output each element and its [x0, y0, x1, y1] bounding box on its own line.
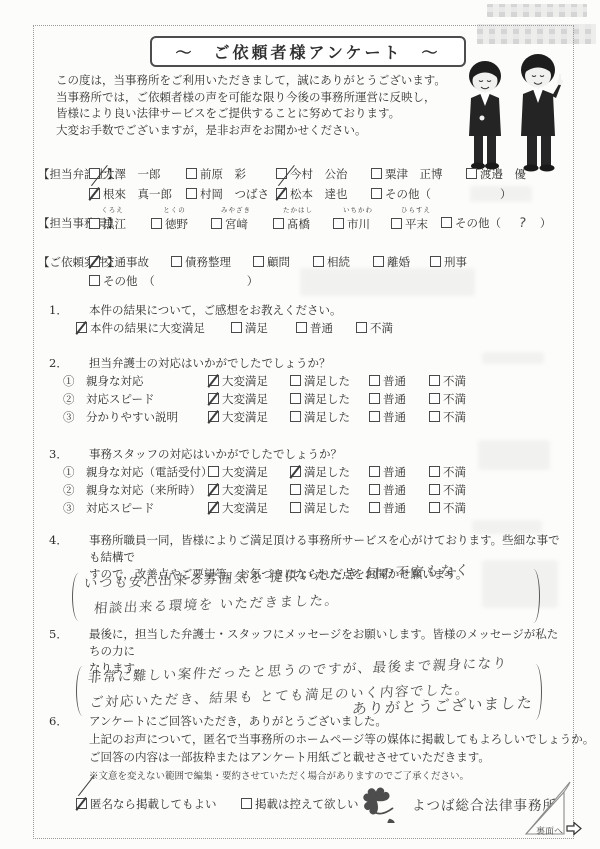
rating-option[interactable]: 大変満足 — [208, 409, 268, 425]
checkbox[interactable] — [76, 798, 87, 809]
checkbox[interactable] — [211, 218, 222, 229]
checkbox[interactable] — [231, 322, 242, 333]
case-option[interactable]: 顧問 — [253, 254, 290, 270]
question-number: 5． — [49, 626, 68, 642]
case-option[interactable]: 相続 — [313, 254, 350, 270]
checkbox[interactable] — [429, 466, 440, 477]
back-side-label: 裏面へ — [536, 824, 563, 837]
attorney-option[interactable]: 松本 達也 — [276, 186, 348, 202]
checkbox[interactable] — [290, 502, 301, 513]
publish-option[interactable]: 掲載は控えて欲しい — [241, 796, 359, 812]
rating-option[interactable]: 普通 — [369, 373, 406, 389]
attorney-option[interactable]: 根來 真一郎 — [89, 186, 172, 202]
clerk-other-option[interactable]: その他（?） — [441, 215, 551, 231]
checkbox[interactable] — [369, 411, 380, 422]
intro-line: この度は，当事務所をご利用いただきまして，誠にありがとうございます。 — [56, 72, 466, 89]
checkbox[interactable] — [429, 411, 440, 422]
question-number: 6． — [49, 713, 68, 729]
checkbox[interactable] — [273, 218, 284, 229]
checkbox[interactable] — [371, 188, 382, 199]
checkbox[interactable] — [369, 502, 380, 513]
publish-option[interactable]: 匿名なら掲載してもよい — [76, 796, 217, 812]
checkbox[interactable] — [369, 466, 380, 477]
question-text: 事務スタッフの対応はいかがでしたでしょうか？ — [89, 446, 342, 462]
question-number: 1． — [49, 302, 68, 318]
handwritten-bracket — [76, 666, 88, 716]
checkbox[interactable] — [241, 798, 252, 809]
checkbox[interactable] — [333, 218, 344, 229]
clerk-option[interactable]: とくの徳野 — [151, 207, 188, 232]
checkbox[interactable] — [296, 322, 307, 333]
rating-option[interactable]: 普通 — [296, 320, 333, 336]
checkbox[interactable] — [151, 218, 162, 229]
handwritten-bracket — [528, 569, 540, 623]
question-text: ご回答の内容は一部抜粋またはアンケート用紙ごと載せさせていただきます。 — [89, 749, 490, 765]
question-text: 上記のお声について，匿名で当事務所のホームページ等の媒体に掲載してもよろしいでし… — [89, 731, 594, 747]
redacted-area — [487, 4, 587, 17]
checkbox[interactable] — [313, 256, 324, 267]
rating-option[interactable]: 満足 — [231, 320, 268, 336]
rating-option[interactable]: 普通 — [369, 500, 406, 516]
rating-option[interactable]: 大変満足 — [208, 391, 268, 407]
page-title: ～ ご依頼者様アンケート ～ — [150, 36, 466, 67]
attorney-option[interactable]: その他（ ） — [371, 186, 512, 202]
handwritten-answer: 相談出来る環境を いただきました。 — [93, 588, 340, 617]
checkbox[interactable] — [208, 411, 219, 422]
checkbox[interactable] — [429, 375, 440, 386]
checkbox[interactable] — [89, 188, 100, 199]
rating-option[interactable]: 大変満足 — [208, 373, 268, 389]
question-number: 3． — [49, 446, 68, 462]
checkbox[interactable] — [369, 393, 380, 404]
question-number: 2． — [49, 355, 68, 371]
checkbox[interactable] — [208, 375, 219, 386]
checkbox[interactable] — [89, 275, 100, 286]
checkbox[interactable] — [171, 256, 182, 267]
checkbox[interactable] — [76, 322, 87, 333]
checkbox[interactable] — [429, 484, 440, 495]
checkbox[interactable] — [429, 502, 440, 513]
survey-sheet: ～ ご依頼者様アンケート ～ この度は，当事務所をご利用いただきまして，誠にあり… — [33, 25, 574, 839]
rating-option[interactable]: 普通 — [369, 464, 406, 480]
checkbox[interactable] — [208, 393, 219, 404]
question-note: ※文意を変えない範囲で編集・要約させていただく場合がありますのでご了承ください。 — [89, 768, 469, 782]
checkbox[interactable] — [430, 256, 441, 267]
checkbox[interactable] — [186, 168, 197, 179]
checkbox[interactable] — [441, 217, 452, 228]
clerk-option[interactable]: くろえ黒江 — [89, 207, 126, 232]
rating-row-label: ② 対応スピード — [63, 391, 155, 407]
checkbox[interactable] — [373, 256, 384, 267]
question-text: 担当弁護士の対応はいかがでしたでしょうか？ — [89, 355, 331, 371]
checkbox[interactable] — [186, 188, 197, 199]
rating-option[interactable]: 不満 — [429, 391, 466, 407]
intro-line: 皆様により良い法律サービスをご提供することに努めております。 — [56, 105, 466, 122]
checkbox[interactable] — [208, 484, 219, 495]
rating-option[interactable]: 不満 — [429, 464, 466, 480]
attorney-option[interactable]: 村岡 つばさ — [186, 186, 269, 202]
checkbox[interactable] — [208, 466, 219, 477]
clerk-option[interactable]: みやざき宮﨑 — [211, 207, 251, 232]
rating-option[interactable]: 満足した — [290, 500, 350, 516]
checkbox[interactable] — [429, 393, 440, 404]
checkbox[interactable] — [369, 375, 380, 386]
question-text: アンケートにご回答いただき，ありがとうございました。 — [89, 713, 387, 729]
rating-option[interactable]: 満足した — [290, 391, 350, 407]
rating-option[interactable]: 不満 — [429, 373, 466, 389]
checkbox[interactable] — [369, 484, 380, 495]
rating-option[interactable]: 満足した — [290, 464, 350, 480]
clerk-option[interactable]: たかはし髙橋 — [273, 207, 313, 232]
rating-row-label: ③ 対応スピード — [63, 500, 155, 516]
checkbox[interactable] — [290, 466, 301, 477]
attorney-option[interactable]: 前原 彩 — [186, 166, 246, 182]
intro-line: 大変お手数でございますが，是非お声をお聞かせください。 — [56, 122, 466, 139]
intro-line: 当事務所では，ご依頼者様の声を可能な限り今後の事務所運営に反映し， — [56, 89, 466, 106]
mascot-illustration — [458, 44, 570, 184]
checkbox[interactable] — [290, 393, 301, 404]
rating-option[interactable]: 満足した — [290, 409, 350, 425]
rating-option[interactable]: 普通 — [369, 409, 406, 425]
case-option[interactable]: 債務整理 — [171, 254, 231, 270]
checkbox[interactable] — [290, 411, 301, 422]
checkbox[interactable] — [356, 322, 367, 333]
checkbox[interactable] — [290, 375, 301, 386]
rating-row-label: ① 親身な対応（電話受付） — [63, 464, 213, 480]
clover-logo-icon — [356, 779, 406, 823]
rating-option[interactable]: 大変満足 — [208, 500, 268, 516]
checkbox[interactable] — [253, 256, 264, 267]
case-option[interactable]: 刑事 — [430, 254, 467, 270]
handwritten-bracket — [72, 573, 84, 621]
rating-option[interactable]: 大変満足 — [208, 482, 268, 498]
question-text: 本件の結果について，ご感想をお教えください。 — [89, 302, 342, 318]
handwritten-mark: ? — [518, 216, 527, 232]
rating-row-label: ③ 分かりやすい説明 — [63, 409, 178, 425]
rating-option[interactable]: 本件の結果に大変満足 — [76, 320, 205, 336]
clerk-option[interactable]: ひらすえ平末 — [391, 207, 431, 232]
rating-option[interactable]: 不満 — [356, 320, 393, 336]
rating-option[interactable]: 不満 — [429, 409, 466, 425]
rating-option[interactable]: 満足した — [290, 373, 350, 389]
case-other-option[interactable]: その他 （ ） — [89, 273, 258, 289]
case-option[interactable]: 離婚 — [373, 254, 410, 270]
rating-option[interactable]: 普通 — [369, 482, 406, 498]
checkbox[interactable] — [276, 188, 287, 199]
rating-option[interactable]: 大変満足 — [208, 464, 268, 480]
rating-row-label: ② 親身な対応（来所時） — [63, 482, 201, 498]
checkbox[interactable] — [391, 218, 402, 229]
intro-text: この度は，当事務所をご利用いただきまして，誠にありがとうございます。 当事務所で… — [56, 72, 466, 138]
rating-option[interactable]: 不満 — [429, 500, 466, 516]
clerk-option[interactable]: いちかわ市川 — [333, 207, 373, 232]
checkbox[interactable] — [371, 168, 382, 179]
checkbox[interactable] — [290, 484, 301, 495]
checkbox[interactable] — [89, 218, 100, 229]
attorney-option[interactable]: 渡邉 優 — [466, 166, 526, 182]
rating-row-label: ① 親身な対応 — [63, 373, 144, 389]
attorney-option[interactable]: 粟津 正博 — [371, 166, 443, 182]
case-option[interactable]: 交通事故 — [89, 254, 149, 270]
checkbox[interactable] — [466, 168, 477, 179]
rating-option[interactable]: 満足した — [290, 482, 350, 498]
question-number: 4． — [49, 532, 68, 548]
rating-option[interactable]: 不満 — [429, 482, 466, 498]
rating-option[interactable]: 普通 — [369, 391, 406, 407]
checkbox[interactable] — [89, 256, 100, 267]
checkbox[interactable] — [208, 502, 219, 513]
